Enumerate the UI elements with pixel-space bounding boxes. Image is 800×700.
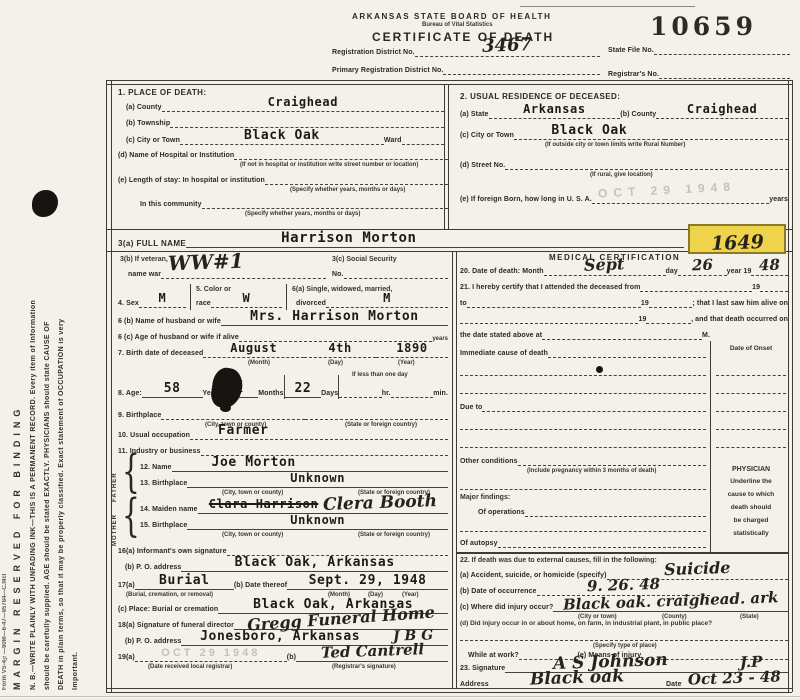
other-conditions-hint: (Include pregnancy within 3 months of de… — [527, 468, 656, 474]
certifier-date-label: Date — [666, 681, 682, 689]
birth-year-hint: (Year) — [398, 360, 415, 366]
age-days-value: 22 — [294, 382, 311, 395]
rule — [448, 84, 449, 229]
age-hr-label: hr. — [382, 390, 391, 398]
sex-value: M — [159, 292, 167, 304]
father-side-label: FATHER — [112, 458, 118, 502]
ssn-label-1: 3(c) Social Security — [332, 256, 397, 263]
street-blank — [505, 169, 788, 170]
onset-blank — [716, 393, 786, 394]
rule — [792, 80, 793, 692]
of-autopsy-label: Of autopsy — [460, 540, 498, 548]
city-label: (c) City or Town — [126, 137, 180, 145]
community-hint: (Specify whether years, months or days) — [245, 211, 360, 217]
immediate-cause-blank — [548, 357, 706, 358]
rule — [106, 692, 792, 693]
mother-birthplace-value: Unknown — [290, 514, 345, 526]
mother-maiden-struck: Clara Harrison — [209, 498, 319, 510]
birth-month: August — [230, 342, 277, 354]
birthplace-blank2 — [305, 419, 448, 420]
certify-blank-1 — [640, 291, 752, 292]
certify-line4: the date stated above at — [460, 332, 542, 340]
injury-state-hint: (State) — [740, 614, 759, 620]
blank-line — [460, 393, 706, 394]
due-to-blank — [482, 411, 706, 412]
rule — [106, 80, 107, 692]
street-label: (d) Street No. — [460, 162, 505, 170]
residence-county-label: (b) County — [620, 111, 656, 119]
ssn-label-2: No. — [332, 271, 344, 279]
rule — [788, 80, 789, 692]
blank-line — [460, 531, 706, 532]
reg-district-label: Registration District No. — [332, 49, 415, 57]
stay-blank — [265, 184, 448, 185]
director-address-value: Jonesboro, Arkansas — [200, 630, 360, 643]
rule — [456, 251, 457, 688]
occupation-value: Farmer — [218, 424, 269, 437]
occurrence-date-label: (b) Date of occurrence — [460, 588, 537, 596]
mother-brace: { — [122, 494, 140, 539]
onset-blank — [716, 411, 786, 412]
birth-month-hint: (Month) — [248, 360, 270, 366]
state-file-blank — [654, 54, 790, 55]
death-date-label: 20. Date of death: Month — [460, 268, 544, 276]
physician-note-line: PHYSICIAN — [712, 466, 790, 473]
of-autopsy-blank — [498, 547, 706, 548]
residence-city-hint: (If outside city or town limits write Ru… — [545, 142, 685, 148]
full-name-label: 3(a) FULL NAME — [118, 239, 186, 248]
informant-address-value: Black Oak, Arkansas — [235, 556, 395, 569]
burial-date-label: (b) Date thereof — [234, 582, 287, 590]
death-year-label: year 19 — [727, 268, 752, 276]
registrar-signature-hint: (Registrar's signature) — [332, 664, 396, 670]
hospital-blank — [234, 159, 448, 160]
rule — [456, 552, 788, 554]
meridiem-label: M. — [702, 332, 710, 340]
certify-blank-3 — [467, 307, 641, 308]
ward-label: Ward — [384, 137, 402, 145]
primary-district-blank — [443, 74, 600, 75]
bureau-subtitle: Bureau of Vital Statistics — [422, 22, 493, 28]
binding-margin-label: MARGIN RESERVED FOR BINDING — [12, 265, 22, 690]
city-value: Black Oak — [244, 129, 320, 142]
occupation-label: 10. Usual occupation — [118, 432, 190, 440]
registrar-signature-prefix: (b) — [287, 654, 296, 662]
physician-note-line: Underline the — [712, 479, 790, 486]
foreign-born-suffix: years — [769, 196, 788, 204]
burial-date-value: Sept. 29, 1948 — [309, 574, 427, 587]
injury-place-blank — [460, 640, 788, 641]
residence-state-label: (a) State — [460, 111, 489, 119]
age-months-label: Months — [258, 390, 283, 398]
margin-note-line4: Important. — [72, 95, 79, 690]
certify-line2: ; that I last saw him alive on — [692, 300, 788, 308]
certify-blank-6 — [646, 323, 691, 324]
age-years-value: 58 — [164, 382, 181, 395]
mother-birthplace-label: 15. Birthplace — [140, 522, 187, 530]
file-number-highlight: 1649 — [688, 224, 786, 254]
physician-note-line: statistically — [712, 531, 790, 538]
margin-note-line1: N. B.—WRITE PLAINLY WITH UNFADING INK—TH… — [30, 95, 37, 690]
birth-day-hint: (Day) — [328, 360, 343, 366]
death-month-value: Sept — [584, 256, 625, 273]
full-name-value: Harrison Morton — [281, 231, 416, 245]
residence-county-value: Craighead — [687, 103, 757, 115]
burial-place-label: (c) Place: Burial or cremation — [118, 606, 218, 614]
spouse-label: 6 (b) Name of husband or wife — [118, 318, 221, 326]
birth-day: 4th — [328, 342, 351, 354]
other-conditions-blank — [518, 465, 706, 466]
date-of-onset-label: Date of Onset — [712, 346, 790, 353]
other-conditions-label: Other conditions — [460, 458, 518, 466]
father-brace: { — [122, 450, 140, 495]
age-hr-blank — [339, 397, 382, 398]
father-birthplace-value: Unknown — [290, 472, 345, 484]
foreign-born-label: (e) If foreign Born, how long in U. S. A… — [460, 196, 592, 204]
foreign-born-blank — [592, 203, 769, 204]
birth-year: 1890 — [396, 342, 427, 354]
certifier-address-value: Black oak — [530, 668, 625, 688]
nineteen-2: 19 — [641, 300, 649, 308]
due-to-label: Due to — [460, 404, 482, 412]
race-value: W — [242, 292, 250, 304]
sex-label: 4. Sex — [118, 300, 139, 308]
birthplace-label: 9. Birthplace — [118, 412, 161, 420]
father-birthplace-label: 13. Birthplace — [140, 480, 187, 488]
stay-hint: (Specify whether years, months or days) — [290, 187, 405, 193]
of-operations-label: Of operations — [478, 509, 525, 517]
certify-line3: , and that death occurred on — [691, 316, 788, 324]
physician-note-line: death should — [712, 505, 790, 512]
father-name-label: 12. Name — [140, 464, 172, 472]
blank-line — [460, 429, 706, 430]
certify-to-label: to — [460, 300, 467, 308]
mother-bp-city-hint: (City, town or county) — [222, 532, 283, 538]
death-day-value: 26 — [692, 258, 713, 274]
rule — [111, 80, 112, 692]
hospital-label: (d) Name of Hospital or Institution — [118, 152, 234, 160]
blank-line — [460, 375, 706, 376]
org-title: ARKANSAS STATE BOARD OF HEALTH — [352, 12, 552, 21]
margin-note-line2: should be carefully supplied. AGE should… — [44, 95, 51, 690]
certify-blank-4 — [649, 307, 693, 308]
rule — [452, 251, 453, 688]
marital-value: M — [383, 292, 391, 304]
blank-line — [460, 489, 706, 490]
veteran-label-1: 3(b) If veteran, — [120, 256, 168, 263]
page-edge-line — [520, 6, 695, 7]
father-name-value: Joe Morton — [212, 456, 296, 469]
immediate-cause-label: Immediate cause of death — [460, 350, 548, 358]
birthdate-label: 7. Birth date of deceased — [118, 350, 203, 358]
hospital-hint: (If not in hospital or institution write… — [240, 162, 418, 168]
community-label: In this community — [140, 201, 202, 209]
registrar-no-blank — [659, 78, 790, 79]
death-certificate-document: Form VS-4½—90M—6-47—95784—C.McI MARGIN R… — [0, 0, 800, 700]
certifier-address-label: Address — [460, 681, 489, 689]
onset-blank — [716, 447, 786, 448]
veteran-label-2: name war — [128, 271, 161, 279]
burial-type-label: 17(a) — [118, 582, 135, 590]
county-label: (a) County — [126, 104, 162, 112]
rule — [338, 375, 339, 399]
mother-side-label: MOTHER — [112, 502, 118, 546]
state-file-number-stamp: 10659 — [650, 14, 757, 39]
registrar-signature: Ted Cantrell — [320, 642, 423, 661]
physician-note-line: cause to which — [712, 492, 790, 499]
street-hint: (If rural, give location) — [590, 172, 653, 178]
nineteen-3: 19 — [638, 316, 646, 324]
age-min-label: min. — [433, 390, 448, 398]
township-label: (b) Township — [126, 120, 170, 128]
certify-blank-5 — [460, 323, 638, 324]
residence-city-blank — [665, 139, 788, 140]
race-label-2: race — [196, 300, 211, 308]
certify-blank-7 — [542, 339, 702, 340]
birthplace-blank — [161, 419, 304, 420]
age-label: 8. Age: — [118, 390, 142, 398]
margin-note-line3: DEATH in plain terms, so that it may be … — [58, 95, 65, 690]
certifier-date-value: Oct 23 - 48 — [688, 669, 781, 687]
certify-line1: 21. I hereby certify that I attended the… — [460, 284, 640, 292]
onset-blank — [716, 375, 786, 376]
age-min-blank — [391, 397, 434, 398]
community-blank — [202, 208, 448, 209]
injury-where-label: (c) Where did injury occur? — [460, 604, 553, 612]
death-year-value: 48 — [759, 258, 780, 274]
external-kind-value: Suicide — [664, 560, 731, 578]
certify-blank-2 — [760, 291, 788, 292]
age-days-label: Days — [321, 390, 338, 398]
blank-line — [460, 447, 706, 448]
ssn-blank — [344, 278, 448, 279]
length-of-stay-label: (e) Length of stay: In hospital or insti… — [118, 177, 265, 185]
form-number: Form VS-4½—90M—6-47—95784—C.McI — [2, 525, 8, 690]
death-day-label: day — [666, 268, 678, 276]
occurrence-date-value: 9. 26. 48 — [586, 577, 660, 595]
reg-district-value: 3467 — [482, 36, 533, 56]
rule — [190, 284, 191, 310]
burial-type-hint: (Burial, cremation, or removal) — [126, 592, 213, 598]
registrar-no-label: Registrar's No. — [608, 71, 659, 79]
county-value: Craighead — [268, 96, 338, 108]
spouse-value: Mrs. Harrison Morton — [250, 310, 419, 323]
nineteen-1: 19 — [752, 284, 760, 292]
primary-district-label: Primary Registration District No. — [332, 67, 443, 75]
less-than-day-hint: If less than one day — [352, 372, 408, 378]
rule — [106, 80, 792, 81]
state-file-label: State File No. — [608, 47, 654, 55]
residence-state-value: Arkansas — [523, 103, 586, 115]
file-number-value: 1649 — [710, 233, 764, 254]
received-date-stamp: OCT 29 1948 — [161, 647, 260, 659]
physician-note-line: be charged — [712, 518, 790, 525]
received-label: 19(a) — [118, 654, 135, 662]
received-hint: (Date received local registrar) — [148, 664, 232, 670]
residence-city-value: Black Oak — [551, 124, 627, 137]
burial-type-value: Burial — [159, 574, 210, 587]
ink-blot — [32, 190, 58, 217]
residence-city-label: (c) City or Town — [460, 132, 514, 140]
onset-blank — [716, 429, 786, 430]
veteran-blank — [161, 278, 326, 279]
injury-where-value: Black oak. craighead. ark — [563, 590, 779, 613]
mother-bp-state-hint: (State or foreign country) — [358, 532, 430, 538]
major-findings-label: Major findings: — [460, 494, 510, 501]
